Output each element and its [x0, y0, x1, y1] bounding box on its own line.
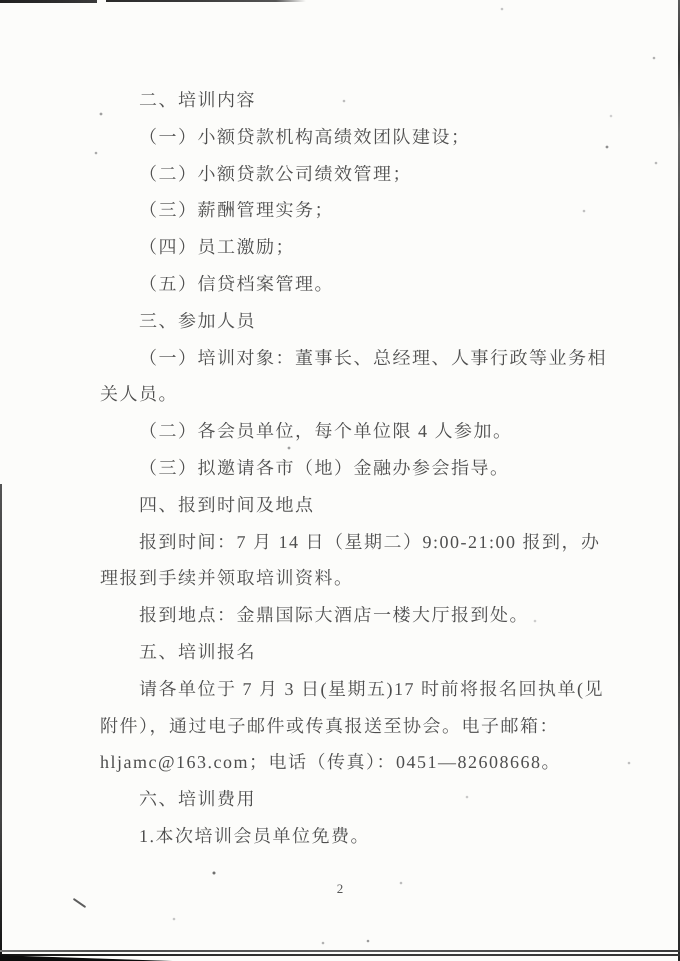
text-line: 六、培训费用 — [100, 781, 605, 818]
text-line: 附件），通过电子邮件或传真报送至协会。电子邮箱： — [100, 708, 605, 745]
text-line: 报到地点：金鼎国际大酒店一楼大厅报到处。 — [100, 597, 605, 634]
text-line: （一）培训对象：董事长、总经理、人事行政等业务相 — [100, 340, 605, 377]
text-line: 三、参加人员 — [100, 303, 605, 340]
text-line: （一）小额贷款机构高绩效团队建设； — [100, 119, 605, 156]
scan-edge-top-left-segment — [0, 0, 97, 3]
text-line: 1.本次培训会员单位免费。 — [100, 818, 605, 855]
text-line: 请各单位于 7 月 3 日(星期五)17 时前将报名回执单(见 — [100, 671, 605, 708]
text-line: （四）员工激励； — [100, 229, 605, 266]
text-line: 理报到手续并领取培训资料。 — [100, 560, 605, 597]
page-number: 2 — [0, 881, 680, 897]
text-line: 二、培训内容 — [100, 82, 605, 119]
scan-edge-top-right-segment — [106, 0, 306, 2]
pen-mark — [73, 898, 86, 908]
text-line: （二）各会员单位，每个单位限 4 人参加。 — [100, 413, 605, 450]
text-line: 报到时间：7 月 14 日（星期二）9:00-21:00 报到，办 — [100, 524, 605, 561]
scan-edge-bottom-thin-line — [0, 950, 680, 952]
text-line: （五）信贷档案管理。 — [100, 266, 605, 303]
text-line: 五、培训报名 — [100, 634, 605, 671]
text-line: （三）薪酬管理实务； — [100, 192, 605, 229]
text-line: （三）拟邀请各市（地）金融办参会指导。 — [100, 450, 605, 487]
text-line: （二）小额贷款公司绩效管理； — [100, 156, 605, 193]
scan-smudge-bottom-left — [0, 955, 180, 961]
document-body: 二、培训内容（一）小额贷款机构高绩效团队建设；（二）小额贷款公司绩效管理；（三）… — [100, 82, 605, 855]
text-line: hljamc@163.com；电话（传真）：0451—82608668。 — [100, 744, 605, 781]
text-line: 四、报到时间及地点 — [100, 487, 605, 524]
text-line: 关人员。 — [100, 376, 605, 413]
scanned-document-page: 二、培训内容（一）小额贷款机构高绩效团队建设；（二）小额贷款公司绩效管理；（三）… — [0, 0, 680, 961]
